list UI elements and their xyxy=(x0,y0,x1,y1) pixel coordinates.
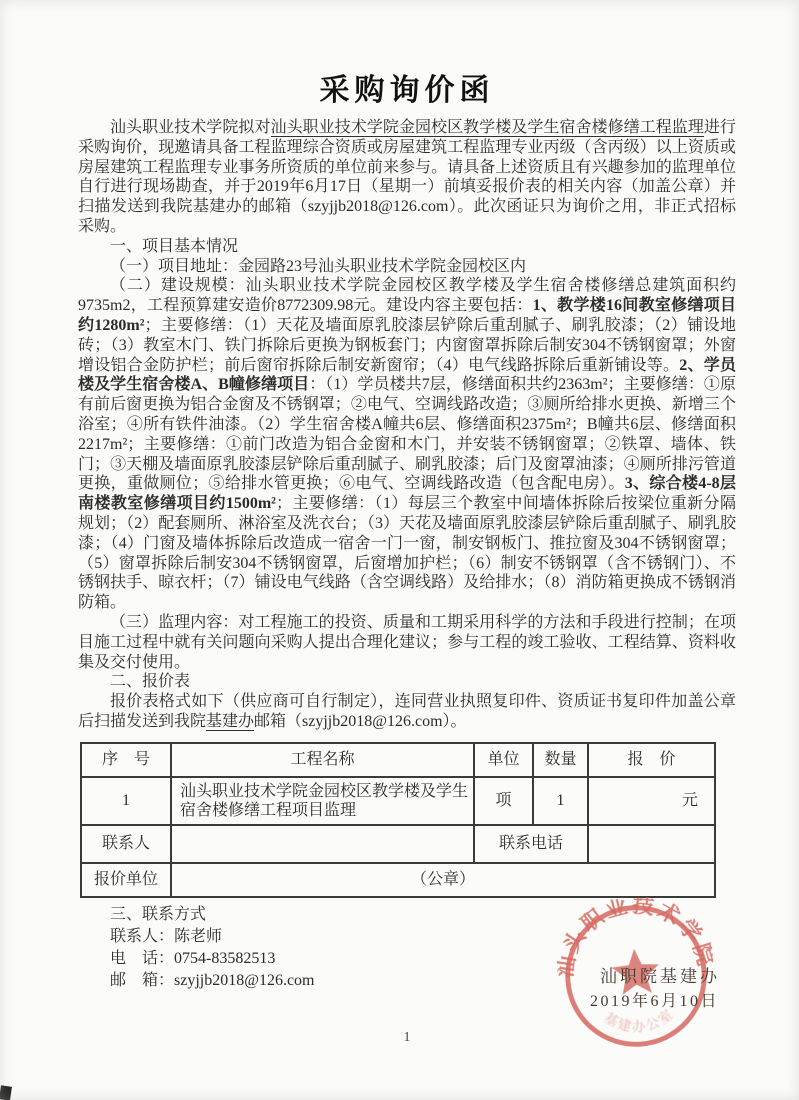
cell-price: 元 xyxy=(588,777,715,825)
label-quoting-unit: 报价单位 xyxy=(81,863,171,897)
supervision-content-paragraph: （三）监理内容：对工程施工的投资、质量和工期采用科学的方法和手段进行控制；在项目… xyxy=(78,613,736,672)
input-contact-phone[interactable] xyxy=(588,825,715,863)
office-underlined: 基建办 xyxy=(206,713,254,731)
header-price: 报 价 xyxy=(588,743,715,777)
header-quantity: 数量 xyxy=(533,743,588,777)
document-title: 采购询价函 xyxy=(78,72,736,110)
label-contact-person: 联系人 xyxy=(81,825,171,863)
intro-paragraph: 汕头职业技术学院拟对汕头职业技术学院金园校区教学楼及学生宿舍楼修缮工程监理进行采… xyxy=(78,118,736,237)
quotation-instructions-paragraph: 报价表格式如下（供应商可自行制定），连同营业执照复印件、资质证书复印件加盖公章后… xyxy=(78,692,736,732)
table-row: 1 汕头职业技术学院金园校区教学楼及学生宿舍楼修缮工程项目监理 项 1 元 xyxy=(81,777,715,825)
section1-heading: 一、项目基本情况 xyxy=(78,237,736,257)
scanned-document-page: 采购询价函 汕头职业技术学院拟对汕头职业技术学院金园校区教学楼及学生宿舍楼修缮工… xyxy=(0,0,799,1100)
cell-serial-number: 1 xyxy=(81,777,171,825)
cell-unit: 项 xyxy=(474,777,533,825)
table-contact-row: 联系人 联系电话 xyxy=(81,825,715,863)
cell-quantity: 1 xyxy=(533,777,588,825)
input-contact-person[interactable] xyxy=(171,825,474,863)
project-address-line: （一）项目地址：金园路23号汕头职业技术学院金园校区内 xyxy=(78,257,736,277)
header-unit: 单位 xyxy=(474,743,533,777)
scale-text4: ；主要修缮：（1）每层三个教室中间墙体拆除后按梁位重新分隔规划；（2）配套厕所、… xyxy=(78,495,736,611)
intro-lead-text: 汕头职业技术学院拟对 xyxy=(110,119,271,136)
header-project-name: 工程名称 xyxy=(171,743,474,777)
table-header-row: 序 号 工程名称 单位 数量 报 价 xyxy=(81,743,715,777)
section2-heading: 二、报价表 xyxy=(78,672,736,692)
document-body: 采购询价函 汕头职业技术学院拟对汕头职业技术学院金园校区教学楼及学生宿舍楼修缮工… xyxy=(78,72,736,992)
quote-instr-text2: 邮箱（szyjjb2018@126.com）。 xyxy=(254,713,467,730)
project-name-underlined: 汕头职业技术学院金园校区教学楼及学生宿舍楼修缮工程监理 xyxy=(271,119,704,137)
header-serial-number: 序 号 xyxy=(81,743,171,777)
seal-date: 2019年6月10日 xyxy=(590,988,719,1011)
table-quoting-unit-row: 报价单位 （公章） xyxy=(81,863,715,897)
quotation-table: 序 号 工程名称 单位 数量 报 价 1 汕头职业技术学院金园校区教学楼及学生宿… xyxy=(80,742,716,898)
scale-text2: ；主要修缮：（1）天花及墙面原乳胶漆层铲除后重刮腻子、刷乳胶漆；（2）铺设地砖；… xyxy=(78,317,736,374)
label-contact-phone: 联系电话 xyxy=(474,825,588,863)
scan-corner-artifact xyxy=(0,1085,12,1100)
official-seal-placeholder: （公章） xyxy=(171,863,715,897)
construction-scale-paragraph: （二）建设规模：汕头职业技术学院金园校区教学楼及学生宿舍楼修缮总建筑面积约973… xyxy=(78,276,736,613)
seal-office-name: 汕职院基建办 xyxy=(600,962,720,987)
cell-project-name: 汕头职业技术学院金园校区教学楼及学生宿舍楼修缮工程项目监理 xyxy=(171,777,474,825)
